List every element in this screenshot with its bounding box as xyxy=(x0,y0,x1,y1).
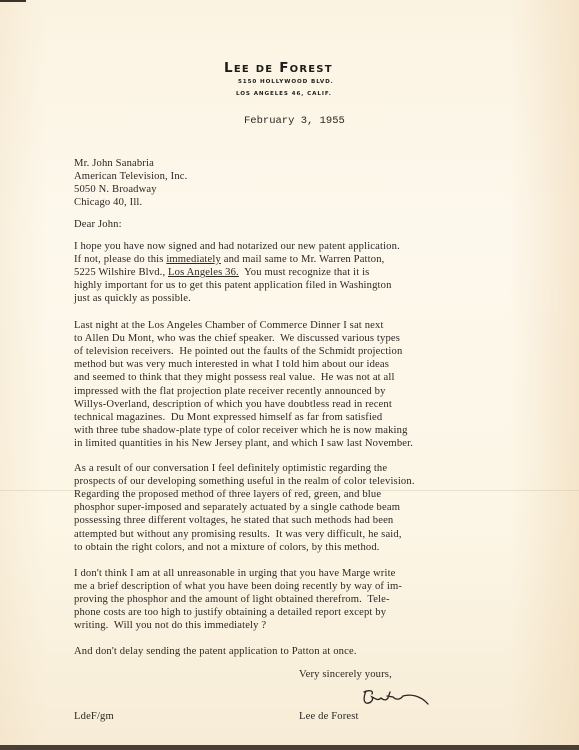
paragraph-3-line: Regarding the proposed method of three l… xyxy=(74,489,381,500)
text-run: If not, please do this xyxy=(74,254,166,265)
lh-de: DE xyxy=(256,64,274,75)
paragraph-3-line: attempted but without any promising resu… xyxy=(74,529,402,540)
paragraph-2-line: impressed with the flat projection plate… xyxy=(74,386,386,397)
paragraph-5: And don't delay sending the patent appli… xyxy=(74,646,357,657)
letterhead-city: LOS ANGELES 46, CALIF. xyxy=(236,91,332,97)
paragraph-1-line: highly important for us to get this pate… xyxy=(74,280,392,291)
paragraph-2-line: Willys-Overland, description of which yo… xyxy=(74,399,392,410)
paragraph-3-line: phosphor super-imposed and separately ac… xyxy=(74,502,400,513)
salutation: Dear John: xyxy=(74,219,122,230)
recipient-line: Mr. John Sanabria xyxy=(74,158,154,169)
recipient-line: American Television, Inc. xyxy=(74,171,187,182)
paragraph-4-line: phone costs are too high to justify obta… xyxy=(74,607,386,618)
underlined-word: immediately xyxy=(166,254,221,265)
lh-initial-f: F xyxy=(279,60,289,76)
paragraph-1-line: If not, please do this immediately and m… xyxy=(74,254,384,265)
text-run: You must recognize that it is xyxy=(239,267,370,278)
lh-orest: OREST xyxy=(290,64,333,75)
letterhead-street: 5150 HOLLYWOOD BLVD. xyxy=(238,79,334,85)
text-run: 5225 Wilshire Blvd., xyxy=(74,267,168,278)
closing: Very sincerely yours, xyxy=(299,669,392,680)
paragraph-4-line: me a brief description of what you have … xyxy=(74,581,402,592)
paragraph-2-line: in limited quantities in his New Jersey … xyxy=(74,438,413,449)
letter-date: February 3, 1955 xyxy=(244,115,345,127)
paragraph-4-line: proving the phosphor and the amount of l… xyxy=(74,594,390,605)
handwritten-signature xyxy=(360,686,432,708)
text-run: and mail same to Mr. Warren Patton, xyxy=(221,254,385,265)
paragraph-2-line: with three tube shadow-plate type of col… xyxy=(74,425,408,436)
scan-corner-edge xyxy=(0,0,26,2)
paragraph-3-line: As a result of our conversation I feel d… xyxy=(74,463,387,474)
paragraph-3-line: to obtain the right colors, and not a mi… xyxy=(74,542,380,553)
paragraph-3-line: possessing three different voltages, he … xyxy=(74,515,393,526)
recipient-line: Chicago 40, Ill. xyxy=(74,197,142,208)
paragraph-2-line: and seemed to think that they might poss… xyxy=(74,372,395,383)
signer-name: Lee de Forest xyxy=(299,711,359,722)
paragraph-1-line: 5225 Wilshire Blvd., Los Angeles 36. You… xyxy=(74,267,369,278)
paragraph-2-line: of television receivers. He pointed out … xyxy=(74,346,402,357)
paragraph-2-line: technical magazines. Du Mont expressed h… xyxy=(74,412,382,423)
typist-initials: LdeF/gm xyxy=(74,711,114,722)
recipient-line: 5050 N. Broadway xyxy=(74,184,157,195)
letterhead-name: LEE DE FOREST xyxy=(224,60,333,76)
paragraph-2-line: to Allen Du Mont, who was the chief spea… xyxy=(74,333,400,344)
paragraph-2-line: method but was very much interested in w… xyxy=(74,359,389,370)
underlined-phrase: Los Angeles 36. xyxy=(168,267,239,278)
paragraph-3-line: prospects of our developing something us… xyxy=(74,476,415,487)
paragraph-1-line: I hope you have now signed and had notar… xyxy=(74,241,400,252)
paragraph-2-line: Last night at the Los Angeles Chamber of… xyxy=(74,320,384,331)
paragraph-4-line: writing. Will you not do this immediatel… xyxy=(74,620,266,631)
paragraph-1-line: just as quickly as possible. xyxy=(74,293,191,304)
scan-bottom-edge xyxy=(0,745,579,750)
lh-initial-l: L xyxy=(224,60,234,76)
lh-ee: EE xyxy=(234,64,250,75)
paragraph-4-line: I don't think I am at all unreasonable i… xyxy=(74,568,396,579)
